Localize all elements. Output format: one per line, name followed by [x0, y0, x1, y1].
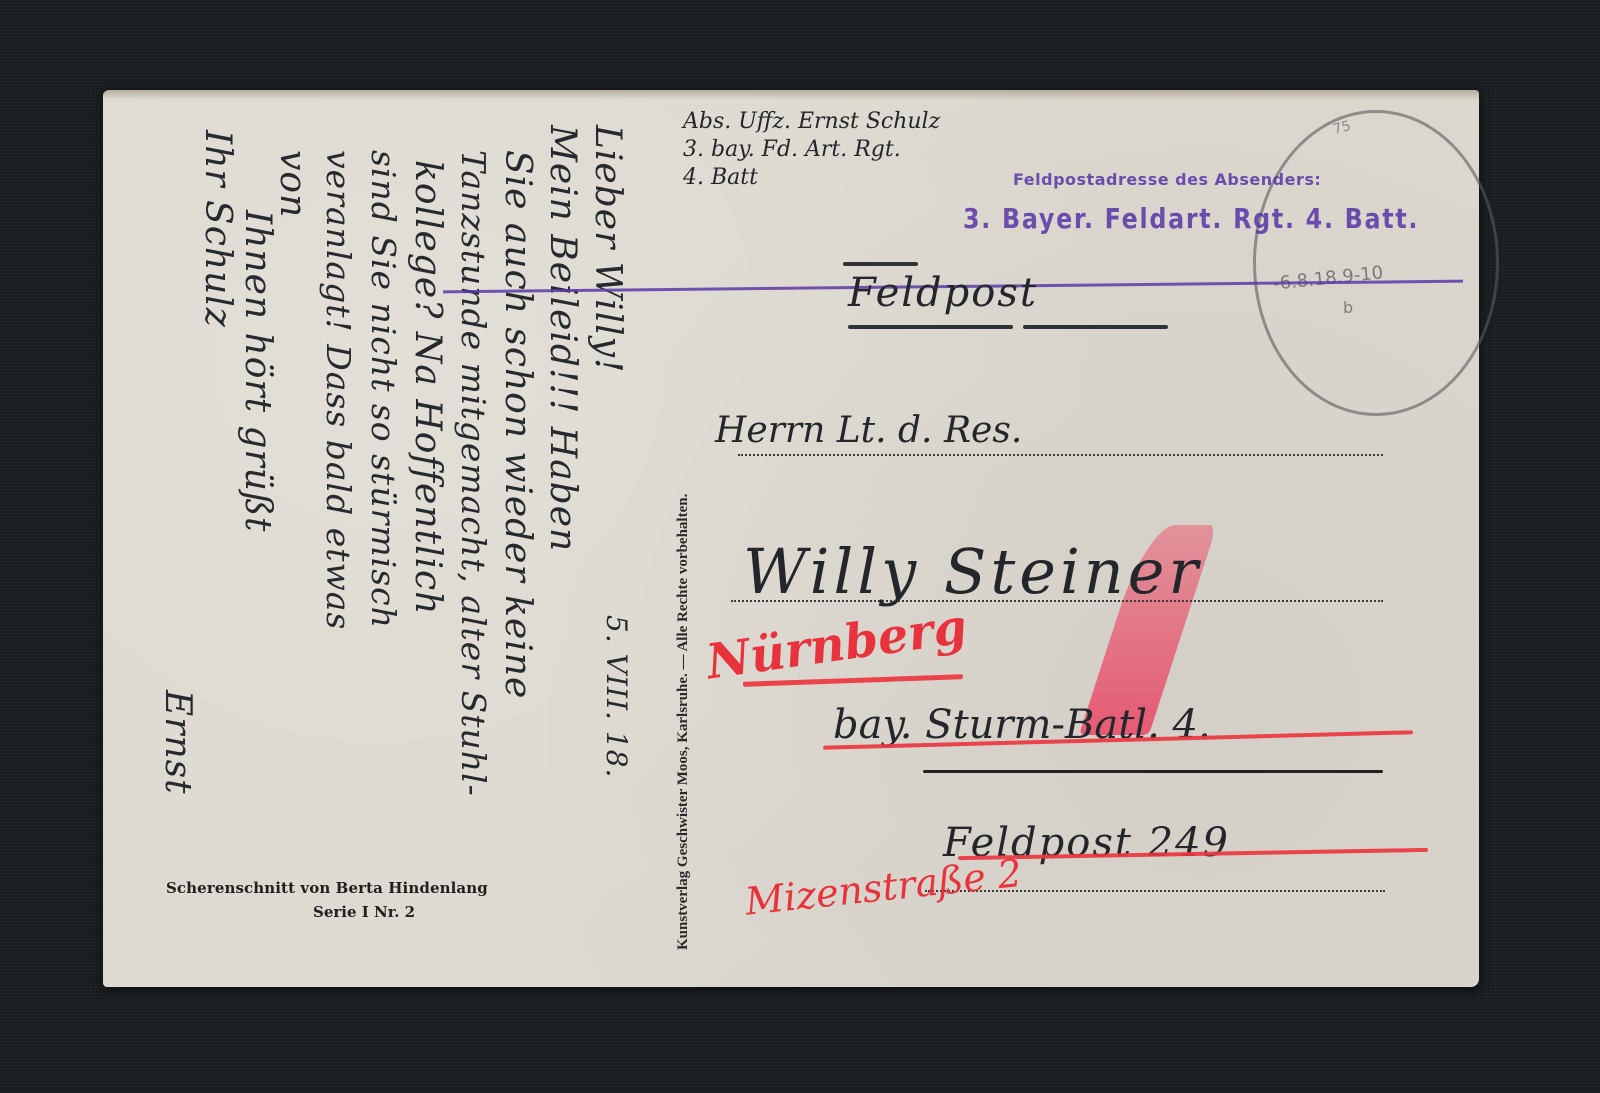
address-rule: [923, 770, 1383, 773]
message-line: Lieber Willy!: [587, 125, 628, 373]
message-date: 5. VIII. 18.: [600, 615, 633, 778]
sender-line: Abs. Uffz. Ernst Schulz: [683, 108, 940, 136]
message-line: kollege? Na Hoffentlich: [407, 160, 448, 615]
feldpost-header: Feldpost: [848, 270, 1038, 316]
message-line: Sie auch schon wieder keine: [497, 150, 538, 699]
message-line: sind Sie nicht so stürmisch: [364, 150, 403, 629]
address-redirect-street: Mizenstraße 2: [743, 851, 1024, 924]
postcard: 5. VIII. 18. Lieber Willy! Mein Beileid!…: [103, 90, 1479, 987]
address-name: Willy Steiner: [743, 535, 1202, 608]
message-line: Ihr Schulz: [197, 130, 238, 328]
message-line: Ihnen hört grüßt: [237, 210, 278, 532]
message-line: veranlagt! Dass bald etwas: [319, 150, 358, 630]
sender-stamp-label: Feldpostadresse des Absenders:: [1013, 170, 1321, 189]
header-overline: [843, 262, 918, 266]
sender-stamp-unit: 3. Bayer. Feldart. Rgt. 4. Batt.: [963, 202, 1419, 235]
message-line: Ernst: [157, 690, 198, 795]
message-line: von: [272, 150, 313, 218]
message-line: Mein Beileid!!! Haben: [542, 125, 583, 552]
printed-credit: Scherenschnitt von Berta Hindenlang: [166, 879, 488, 897]
sender-line: 3. bay. Fd. Art. Rgt.: [683, 136, 940, 164]
sender-address: Abs. Uffz. Ernst Schulz 3. bay. Fd. Art.…: [683, 108, 940, 192]
postmark-letter: b: [1343, 298, 1353, 317]
address-dotline: [731, 600, 1383, 602]
header-underline: [1023, 325, 1168, 329]
header-underline: [848, 325, 1013, 329]
printed-series: Serie I Nr. 2: [313, 903, 415, 921]
sender-line: 4. Batt: [683, 164, 940, 192]
address-dotline: [738, 454, 1383, 456]
message-line: Tanzstunde mitgemacht, alter Stuhl-: [454, 150, 493, 797]
publisher-line: Kunstverlag Geschwister Moos, Karlsruhe.…: [675, 130, 692, 950]
address-salutation: Herrn Lt. d. Res.: [715, 410, 1022, 451]
